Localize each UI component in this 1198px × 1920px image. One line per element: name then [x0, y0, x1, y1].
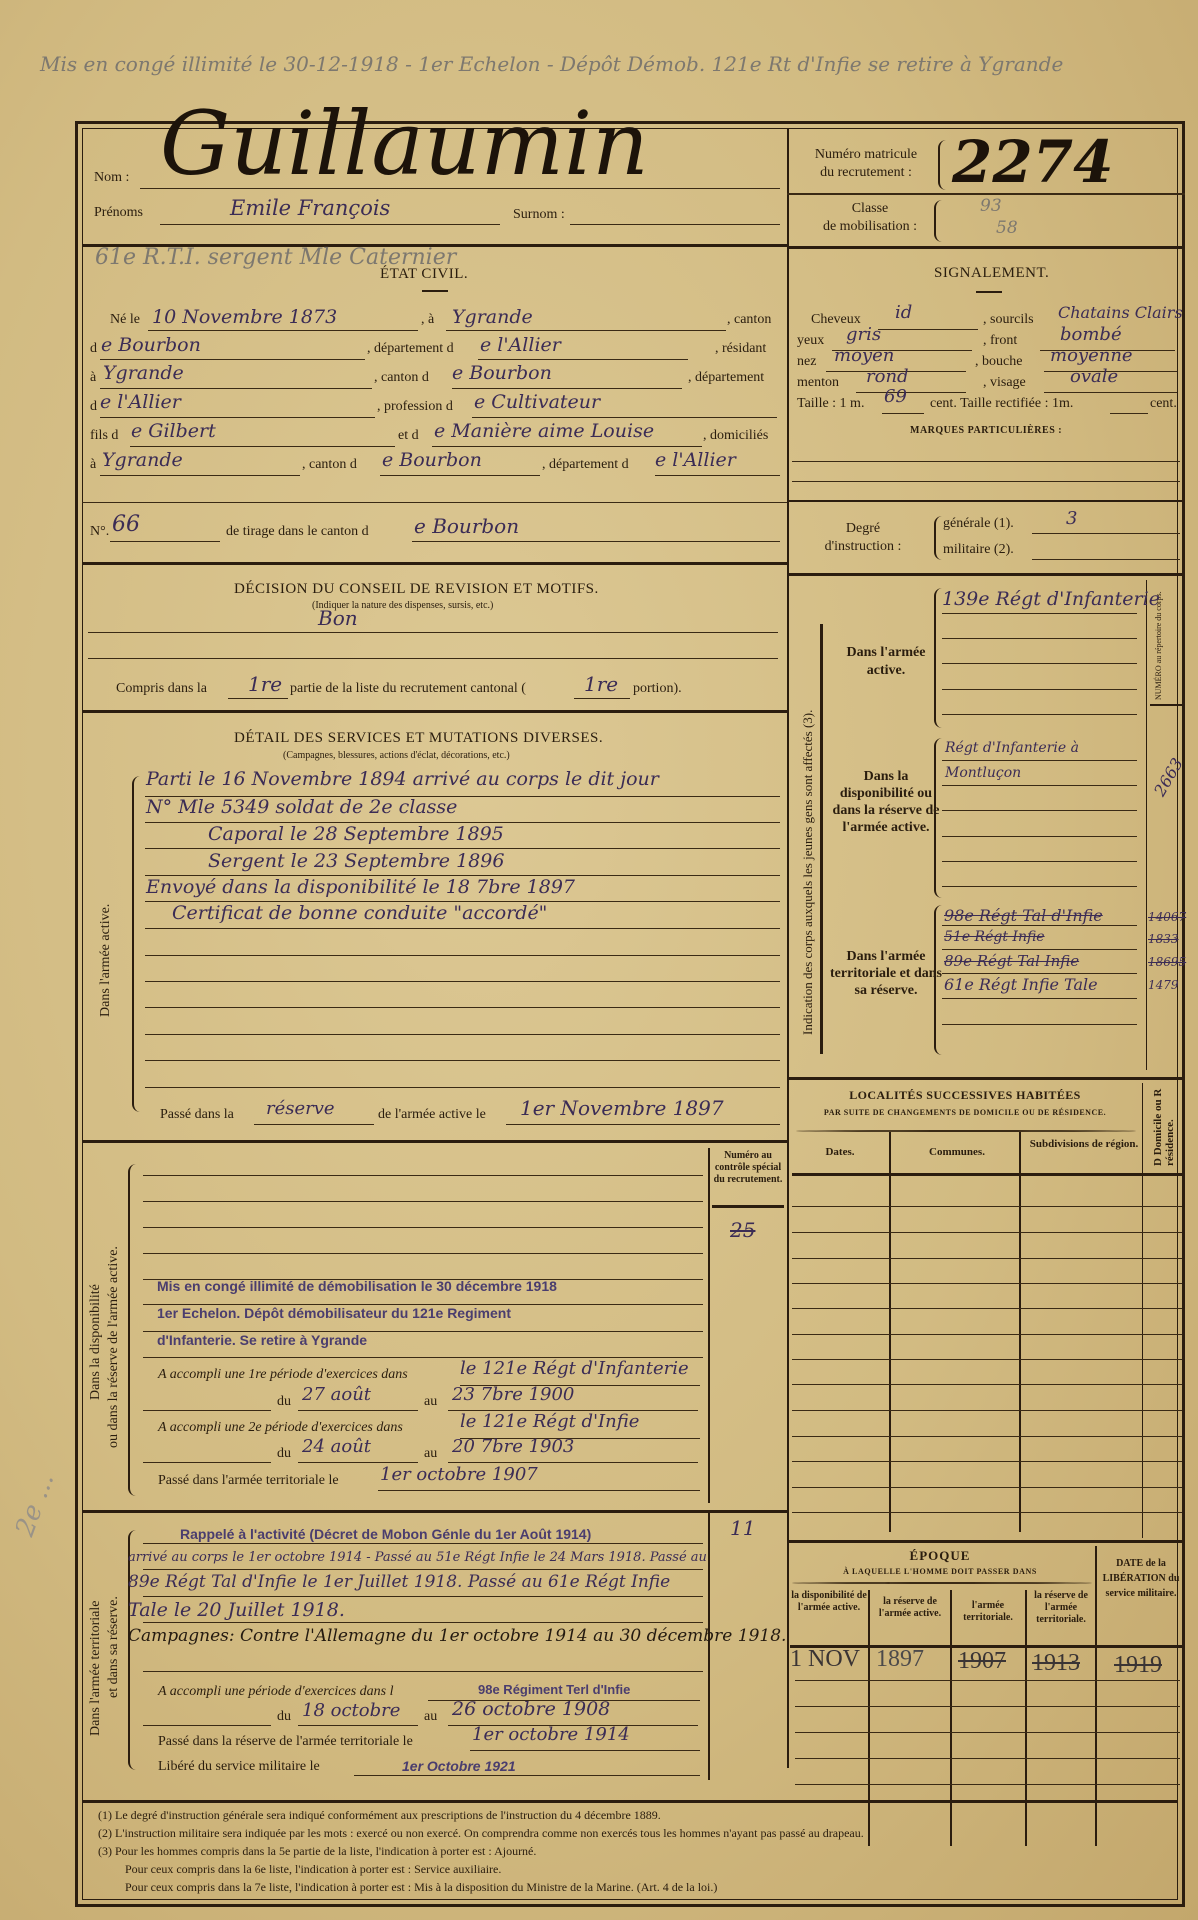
rule: [942, 785, 1137, 786]
rule: [145, 955, 780, 956]
territ-numero-3: 18695: [1148, 955, 1186, 969]
a-label: , à: [421, 312, 434, 328]
classe-value-top: 93: [980, 196, 1002, 216]
rule: [856, 392, 966, 393]
rule: [143, 1462, 271, 1463]
classe-label-1: Classe: [852, 201, 889, 216]
rule: [148, 330, 418, 331]
generale-value: 3: [1066, 508, 1077, 529]
tirage-label: de tirage dans le canton d: [226, 524, 369, 540]
taille-cent-label: cent.: [1150, 396, 1177, 412]
dispo-side-label-1: Dans la disponibilité: [88, 1284, 104, 1400]
profession-label: , profession d: [377, 399, 453, 415]
service-line-3: Caporal le 28 Septembre 1895: [208, 823, 504, 845]
retire-stamp: d'Infanterie. Se retire à Ygrande: [157, 1332, 367, 1348]
rule: [942, 663, 1137, 664]
front-value: bombé: [1060, 324, 1122, 345]
controle-label: Numéro au contrôle spécial du recrutemen…: [712, 1150, 784, 1186]
rule: [792, 1258, 1182, 1259]
periode1-au-value: 23 7bre 1900: [452, 1384, 574, 1405]
dispo-side-label-2: ou dans la réserve de l'armée active.: [106, 1246, 122, 1448]
rule: [145, 901, 780, 902]
et-de-label: et d: [398, 428, 419, 444]
reserve-territoriale-label: Passé dans la réserve de l'armée territo…: [158, 1734, 413, 1750]
rule: [942, 714, 1137, 715]
localites-subtitle: PAR SUITE DE CHANGEMENTS DE DOMICILE OU …: [790, 1108, 1140, 1117]
canton-residence-value: e Bourbon: [452, 362, 552, 384]
rule: [655, 475, 780, 476]
service-line-5: Envoyé dans la disponibilité le 18 7bre …: [146, 876, 575, 898]
rule: [792, 1410, 1182, 1411]
controle-divider: [708, 1148, 710, 1503]
reserve-territoriale-value: 1er octobre 1914: [472, 1724, 630, 1745]
corps-active-value: 139e Régt d'Infanterie: [942, 588, 1160, 610]
rule: [792, 1384, 1182, 1385]
passe-label: Passé dans la: [160, 1107, 234, 1123]
tirage-no-value: 66: [112, 512, 140, 537]
epoque-value-reserve-active: 1897: [876, 1646, 924, 1673]
rule: [792, 461, 1180, 462]
rule: [942, 949, 1137, 950]
departement3-label: , département d: [542, 457, 629, 473]
brace-rule: [792, 1582, 1092, 1584]
rule: [787, 1077, 1185, 1080]
rule: [446, 330, 726, 331]
epoque-value-reserve-territoriale: 1913: [1032, 1650, 1080, 1677]
tirage-divider: [82, 562, 787, 565]
territoriale-line-3: Tale le 20 Juillet 1918.: [128, 1599, 345, 1621]
rule: [143, 1671, 703, 1672]
rule: [942, 836, 1137, 837]
marques-label: MARQUES PARTICULIÈRES :: [910, 425, 1062, 436]
rule: [942, 810, 1137, 811]
rule: [1110, 413, 1148, 414]
matricule-label: Numéro matriculedu recrutement :: [796, 146, 936, 182]
territoriale-controle-value: 11: [730, 1516, 755, 1540]
territ-numero-4: 1479: [1148, 978, 1179, 992]
domicile-a-label: à: [90, 457, 96, 473]
rule: [787, 500, 1185, 502]
rule: [792, 1232, 1182, 1233]
rule: [145, 1087, 780, 1088]
periode2-au-label: au: [424, 1446, 437, 1462]
rule: [942, 861, 1137, 862]
rule: [470, 1750, 700, 1751]
echelon-stamp: 1er Echelon. Dépôt démobilisateur du 121…: [157, 1305, 511, 1321]
visage-label: , visage: [983, 375, 1026, 391]
fils-de-label: fils d: [90, 428, 118, 444]
rule: [942, 689, 1137, 690]
lieu-naissance-value: Ygrande: [452, 306, 533, 328]
rule: [942, 886, 1137, 887]
rule: [882, 413, 924, 414]
rule: [942, 925, 1137, 926]
rule: [478, 359, 688, 360]
rule: [795, 1732, 1180, 1733]
tirage-no-label: N°.: [90, 524, 109, 540]
rule: [472, 417, 777, 418]
rule: [143, 1596, 703, 1597]
ne-le-value: 10 Novembre 1873: [152, 306, 337, 328]
service-line-6: Certificat de bonne conduite "accordé": [172, 902, 547, 924]
rule: [942, 638, 1137, 639]
rule: [942, 760, 1137, 761]
top-pencil-annotation: Mis en congé illimité le 30-12-1918 - 1e…: [40, 52, 1063, 76]
territoriale-side-label-2: et dans sa réserve.: [106, 1596, 122, 1698]
menton-value: rond: [866, 366, 909, 387]
dispo-brace: [128, 1164, 138, 1496]
periode1-au-label: au: [424, 1394, 437, 1410]
canton2-label: , canton d: [374, 370, 429, 386]
menton-label: menton: [797, 375, 839, 391]
rule: [792, 1283, 1182, 1284]
rule: [792, 1512, 1182, 1513]
domicilies-label: , domiciliés: [703, 428, 768, 444]
canton-label: , canton: [727, 312, 771, 328]
epoque-value-disponibilite: 1 NOV: [790, 1646, 860, 1673]
rule: [100, 388, 372, 389]
rule: [432, 446, 702, 447]
compris-portion-value: 1re: [584, 672, 618, 696]
rule: [792, 1487, 1182, 1488]
epoque-col-territoriale: l'armée territoriale.: [952, 1600, 1024, 1624]
visage-value: ovale: [1070, 366, 1118, 387]
rule: [100, 359, 365, 360]
periode2-value: le 121e Régt d'Infie: [460, 1411, 639, 1432]
residence-value: Ygrande: [103, 362, 184, 384]
rule: [145, 1007, 780, 1008]
rule: [110, 541, 220, 542]
footnote-4: Pour ceux compris dans la 6e liste, l'in…: [125, 1862, 501, 1877]
corps-dispo-brace: [934, 738, 944, 898]
epoque-col-divider-1: [868, 1590, 870, 1846]
epoque-col-divider-3: [1025, 1590, 1027, 1846]
territ-corps-1: 98e Régt Tal d'Infie: [944, 906, 1103, 925]
rule: [506, 1124, 780, 1125]
rule: [145, 822, 780, 823]
localites-col-subdivisions: Subdivisions de région.: [1028, 1138, 1140, 1151]
corps-territ-brace: [934, 905, 944, 1055]
sourcils-value: Chatains Clairs: [1058, 303, 1183, 322]
epoque-col-reserve-territoriale: la réserve de l'armée territoriale.: [1027, 1590, 1095, 1626]
rule: [1032, 559, 1180, 560]
classe-label: Classede mobilisation :: [800, 200, 940, 236]
classe-brace: [934, 200, 944, 242]
rule: [143, 1622, 703, 1623]
communes-divider: [1019, 1132, 1021, 1532]
services-divider: [82, 1140, 787, 1143]
taille-rectifiee-label: cent. Taille rectifiée : 1m.: [930, 396, 1073, 412]
rule: [712, 1205, 784, 1208]
pere-value: e Gilbert: [131, 420, 216, 442]
bouche-label: , bouche: [975, 354, 1022, 370]
etat-civil-title: ÉTAT CIVIL.: [380, 266, 468, 283]
corps-active-label: Dans l'armée active.: [826, 644, 946, 680]
controle-value: 25: [730, 1218, 755, 1242]
nez-label: nez: [797, 354, 816, 370]
tirage-canton-value: e Bourbon: [414, 514, 519, 538]
footnote-3: (3) Pour les hommes compris dans la 5e p…: [98, 1844, 536, 1859]
generale-label: générale (1).: [943, 516, 1014, 532]
rule: [145, 928, 780, 929]
territoriale-line-2: 89e Régt Tal d'Infie le 1er Juillet 1918…: [128, 1572, 670, 1592]
controle-divider-2: [708, 1512, 710, 1780]
service-line-4: Sergent le 23 Septembre 1896: [208, 850, 504, 872]
rule: [792, 1308, 1182, 1309]
prenoms-label: Prénoms: [94, 205, 143, 221]
rule: [378, 1490, 700, 1491]
epoque-col-divider-2: [950, 1590, 952, 1846]
periode2-du-value: 24 août: [302, 1436, 371, 1457]
rule: [354, 1775, 700, 1776]
column-divider: [787, 128, 789, 1768]
rule: [795, 1758, 1180, 1759]
rule: [976, 291, 1002, 293]
profession-value: e Cultivateur: [474, 391, 600, 413]
epoque-value-liberation: 1919: [1114, 1652, 1162, 1679]
rule: [100, 475, 300, 476]
territ-corps-4: 61e Régt Infie Tale: [944, 975, 1098, 994]
degre-label-2: d'instruction :: [825, 539, 902, 554]
rule: [787, 193, 1185, 195]
periode1-du-label: du: [277, 1394, 291, 1410]
canton-naissance-value: e Bourbon: [101, 334, 201, 356]
territoriale-brace: [128, 1530, 138, 1770]
periode2-du-label: du: [277, 1446, 291, 1462]
departement-naissance-value: e l'Allier: [480, 334, 561, 356]
localites-col-dates: Dates.: [790, 1146, 890, 1158]
matricule-label-2: du recrutement :: [820, 165, 912, 180]
services-side-label: Dans l'armée active.: [98, 904, 114, 1017]
rule: [88, 632, 778, 633]
canton-parents-value: e Bourbon: [382, 449, 482, 471]
canton3-label: , canton d: [302, 457, 357, 473]
degre-label: Degréd'instruction :: [808, 520, 918, 556]
matricule-label-1: Numéro matricule: [815, 147, 917, 162]
dates-divider: [889, 1132, 891, 1532]
rule: [1044, 392, 1177, 393]
rule: [143, 1543, 703, 1544]
localites-col-communes: Communes.: [894, 1146, 1020, 1158]
territoriale-label: Passé dans l'armée territoriale le: [158, 1473, 339, 1489]
territoriale-au-label: au: [424, 1709, 437, 1725]
rule: [254, 1124, 374, 1125]
conge-stamp: Mis en congé illimité de démobilisation …: [157, 1278, 557, 1294]
etat-civil-divider: [82, 502, 787, 503]
rule: [792, 1461, 1182, 1462]
territ-numero-2: 1833: [1148, 932, 1179, 946]
periode2-au-value: 20 7bre 1903: [452, 1436, 574, 1457]
residant-label: , résidant: [715, 341, 766, 357]
departement-label: , département d: [367, 341, 454, 357]
passe-label2: de l'armée active le: [378, 1107, 486, 1123]
localites-title: LOCALITÉS SUCCESSIVES HABITÉES: [790, 1088, 1140, 1103]
bouche-value: moyenne: [1050, 345, 1133, 366]
rule: [143, 1725, 271, 1726]
rule: [143, 1175, 703, 1176]
periode1-du-value: 27 août: [302, 1384, 371, 1405]
rule: [143, 1410, 271, 1411]
rule: [1150, 704, 1184, 706]
rule: [298, 1410, 418, 1411]
periode1-label: A accompli une 1re période d'exercices d…: [158, 1367, 408, 1383]
libere-label: Libéré du service militaire le: [158, 1759, 320, 1775]
territoriale-au-value: 26 octobre 1908: [452, 1698, 610, 1720]
corps-side-label: Indication des corps auxquels les jeunes…: [800, 710, 816, 1035]
residant-a-label: à: [90, 370, 96, 386]
service-line-1: Parti le 16 Novembre 1894 arrivé au corp…: [146, 768, 659, 790]
rule: [795, 1706, 1180, 1707]
rule: [380, 475, 540, 476]
rule: [792, 481, 1180, 482]
service-line-2: N° Mle 5349 soldat de 2e classe: [146, 796, 457, 818]
corps-dispo-value-1: Régt d'Infanterie à: [945, 740, 1079, 756]
rule: [298, 1725, 418, 1726]
front-label: , front: [983, 333, 1017, 349]
periode1-value: le 121e Régt d'Infanterie: [460, 1358, 689, 1379]
passe-reserve-value: réserve: [266, 1098, 335, 1119]
rule: [448, 1462, 698, 1463]
footnote-divider: [82, 1800, 1178, 1803]
compris-label2: partie de la liste du recrutement canton…: [290, 681, 526, 697]
rule: [452, 388, 682, 389]
rule: [228, 698, 288, 699]
rule: [145, 796, 780, 797]
brace-rule: [796, 1130, 1136, 1132]
prenoms-value: Emile François: [230, 196, 390, 220]
campagnes-line: Campagnes: Contre l'Allemagne du 1er oct…: [128, 1626, 786, 1646]
decision-divider: [82, 710, 787, 713]
territoriale-value: 1er octobre 1907: [380, 1464, 538, 1485]
rule: [787, 1540, 1185, 1543]
ne-le-label: Né le: [110, 312, 140, 328]
prenoms-line: [160, 224, 500, 225]
title-rule: [422, 290, 448, 292]
domicile-parents-value: Ygrande: [102, 449, 183, 471]
rule: [574, 698, 630, 699]
corps-dispo-label: Dans la disponibilité ou dans la réserve…: [826, 768, 946, 836]
sourcils-label: , sourcils: [983, 312, 1034, 328]
territoriale-periode-value: 98e Régiment Terl d'Infie: [478, 1682, 630, 1697]
rule: [100, 417, 375, 418]
territ-numero-1: 14067: [1148, 910, 1186, 924]
rule: [792, 1206, 1182, 1207]
nom-label: Nom :: [94, 170, 129, 186]
dispo-divider: [82, 1510, 787, 1513]
rule: [942, 1024, 1137, 1025]
departement-residence-value: e l'Allier: [100, 391, 181, 413]
footnote-5: Pour ceux compris dans la 7e liste, l'in…: [125, 1880, 717, 1895]
date-liberation-label: DATE de la LIBÉRATION du service militai…: [1098, 1556, 1184, 1601]
rappel-stamp: Rappelé à l'activité (Décret de Mobon Gé…: [180, 1526, 591, 1542]
territ-corps-2: 51e Régt Infie: [944, 929, 1045, 945]
taille-value: 69: [884, 386, 907, 407]
rule: [145, 875, 780, 876]
rule: [143, 1253, 703, 1254]
degre-label-1: Degré: [846, 521, 880, 536]
rule: [792, 1436, 1182, 1437]
rule: [795, 1680, 1180, 1681]
compris-label3: portion).: [633, 681, 682, 697]
epoque-subtitle: À LAQUELLE L'HOMME DOIT PASSER DANS: [790, 1567, 1090, 1576]
services-brace: [132, 776, 142, 1112]
footnote-1: (1) Le degré d'instruction générale sera…: [98, 1808, 661, 1823]
rule: [145, 981, 780, 982]
compris-label: Compris dans la: [116, 681, 207, 697]
taille-label: Taille : 1 m.: [797, 396, 864, 412]
cheveux-value: id: [895, 302, 912, 323]
decision-value: Bon: [318, 606, 358, 630]
matricule-value: 2274: [952, 128, 1113, 196]
rule: [787, 573, 1185, 576]
rule: [942, 973, 1137, 974]
territ-corps-3: 89e Régt Tal Infie: [944, 952, 1079, 970]
de-label: d: [90, 341, 97, 357]
rule: [942, 998, 1137, 999]
departement-parents-value: e l'Allier: [655, 449, 736, 471]
epoque-value-territoriale: 1907: [958, 1648, 1006, 1675]
departement2-label: , département: [688, 370, 764, 386]
rule: [145, 1034, 780, 1035]
territoriale-periode-label: A accompli une période d'exercices dans …: [158, 1684, 393, 1700]
rule: [143, 1227, 703, 1228]
rule: [88, 658, 778, 659]
rule: [795, 1784, 1180, 1785]
services-title: DÉTAIL DES SERVICES ET MUTATIONS DIVERSE…: [234, 730, 603, 747]
decision-title: DÉCISION DU CONSEIL DE REVISION ET MOTIF…: [234, 581, 599, 598]
epoque-title: ÉPOQUE: [790, 1548, 1090, 1564]
corps-side-rule: [820, 624, 823, 1054]
periode2-label: A accompli une 2e période d'exercices da…: [158, 1420, 403, 1436]
epoque-col-reserve-active: la réserve de l'armée active.: [870, 1596, 950, 1620]
signalement-title: SIGNALEMENT.: [934, 265, 1049, 282]
rule: [143, 1201, 703, 1202]
rule: [298, 1462, 418, 1463]
yeux-value: gris: [846, 324, 881, 345]
surnom-line: [570, 224, 780, 225]
d-label: d: [90, 399, 97, 415]
compris-partie-value: 1re: [248, 672, 282, 696]
nom-value: Guillaumin: [160, 92, 649, 195]
rule: [130, 446, 395, 447]
rule: [143, 1569, 703, 1570]
rule: [145, 848, 780, 849]
territoriale-line-1: arrivé au corps le 1er octobre 1914 - Pa…: [128, 1550, 707, 1565]
corps-territ-label: Dans l'armée territoriale et dans sa rés…: [826, 948, 946, 999]
libere-value: 1er Octobre 1921: [402, 1758, 516, 1774]
rule: [878, 329, 978, 330]
corps-dispo-value-2: Montluçon: [945, 765, 1021, 781]
rule: [787, 246, 1185, 249]
passe-date-value: 1er Novembre 1897: [520, 1096, 724, 1120]
matricule-brace: [938, 140, 948, 190]
classe-value-bottom: 58: [996, 218, 1018, 238]
classe-label-2: de mobilisation :: [823, 219, 917, 234]
mere-value: e Manière aime Louise: [434, 420, 654, 442]
rule: [792, 1359, 1182, 1360]
numero-divider: [1146, 580, 1147, 1070]
surnom-label: Surnom :: [513, 207, 565, 223]
territoriale-du-value: 18 octobre: [302, 1700, 400, 1721]
footnote-2: (2) L'instruction militaire sera indiqué…: [98, 1826, 864, 1841]
dr-divider: [1142, 1083, 1143, 1538]
militaire-label: militaire (2).: [943, 542, 1014, 558]
yeux-label: yeux: [797, 333, 824, 349]
services-subtitle: (Campagnes, blessures, actions d'éclat, …: [283, 750, 510, 761]
rule: [792, 1334, 1182, 1335]
rule: [942, 613, 1137, 614]
territoriale-side-label-1: Dans l'armée territoriale: [88, 1601, 104, 1736]
